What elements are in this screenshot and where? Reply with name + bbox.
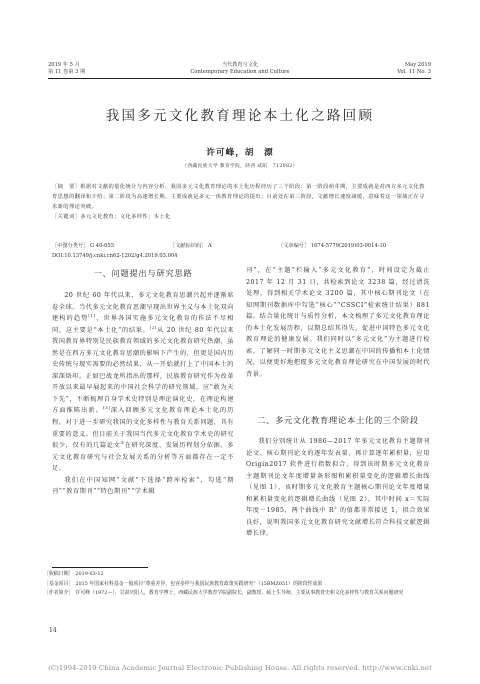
footnote-funding: ［基金项目］ 2015 年国家社科基金一般项目“尊重差异，包容多样与我国民族教育… [44,580,434,590]
copyright-notice: (C)1994-2019 China Academic Journal Elec… [0,664,480,672]
abstract-block: ［摘 要］根据对文献的量化统计与内容分析，我国多元文化教育理论的本土化历程经历了… [52,182,428,222]
volume-issue-en: Vol. 11 No. 3 [397,69,431,76]
page-number: 14 [49,627,57,634]
paragraph: 我们分别统计从 1986—2017 年多元文化教育主题期刊论文、核心期刊论文的逐… [246,436,430,540]
abstract-text: 根据对文献的量化统计与内容分析，我国多元文化教育理论的本土化历程经历了三个阶段：… [52,184,425,210]
paragraph-continued: 刊”，在“主题”栏输入“多元文化教育”，时间设定为截止 2017 年 12 月 … [246,265,430,380]
body-column-right-section2: 我们分别统计从 1986—2017 年多元文化教育主题期刊论文、核心期刊论文的逐… [246,436,430,540]
paragraph: 我们在中国知网“文献”下选择“跨库检索”，勾选“期刊”“教育期刊”“特色期刊”“… [52,475,234,498]
article-title: 我国多元文化教育理论本土化之路回顾 [0,104,480,124]
citation[interactable]: [2] [150,325,157,330]
section-heading-1: 一、问题提出与研究思路 [52,268,234,279]
doi[interactable]: DOI:10.13749/j.cnki.cn62-1202/g4.2019.03… [52,253,178,259]
paragraph: 20 世纪 60 年代以来，多元文化教育思潮兴起并逐渐席卷全球。当代多元文化教育… [52,290,234,475]
keywords: ［关键词］多元文化教育；文化多样性；本土化 [52,212,428,222]
keywords-text: 多元文化教育；文化多样性；本土化 [80,214,170,220]
classification-row: ［中图分类号］ G 40-055 ［文献标识码］ A ［文章编号］ 1674-5… [52,242,432,249]
footnote-author-bio: ［作者简介］ 许可峰（1972—），甘肃庆阳人，教育学博士，西藏民族大学教育学院… [44,589,434,599]
footnotes: ［收稿日期］ 2019-03-12 ［基金项目］ 2015 年国家社科基金一般项… [44,570,434,599]
running-header-right: May 2019 Vol. 11 No. 3 [397,62,431,76]
footnote-received-date: ［收稿日期］ 2019-03-12 [44,570,434,580]
article-number: ［文章编号］ 1674-5779(2019)03-0014-10 [278,242,386,249]
clc-code: ［中图分类号］ G 40-055 [52,242,170,249]
body-column-right: 刊”，在“主题”栏输入“多元文化教育”，时间设定为截止 2017 年 12 月 … [246,265,430,380]
header-rule [48,78,431,79]
section-heading-2: 二、多元文化教育理论本土化的三个阶段 [246,415,430,426]
document-code: ［文献标识码］ A [170,242,278,249]
article-authors: 许可峰，胡 漂 [0,146,480,158]
abstract-label: ［摘 要］ [52,184,80,190]
citation[interactable]: [1] [88,313,95,318]
keywords-label: ［关键词］ [52,214,80,220]
body-column-left: 20 世纪 60 年代以来，多元文化教育思潮兴起并逐渐席卷全球。当代多元文化教育… [52,290,234,498]
issue-date-en: May 2019 [397,62,431,69]
abstract: ［摘 要］根据对文献的量化统计与内容分析，我国多元文化教育理论的本土化历程经历了… [52,182,428,212]
author-affiliation: （西藏民族大学 教育学院，陕西 咸阳 712082） [0,162,480,169]
footnote-rule [52,567,148,568]
